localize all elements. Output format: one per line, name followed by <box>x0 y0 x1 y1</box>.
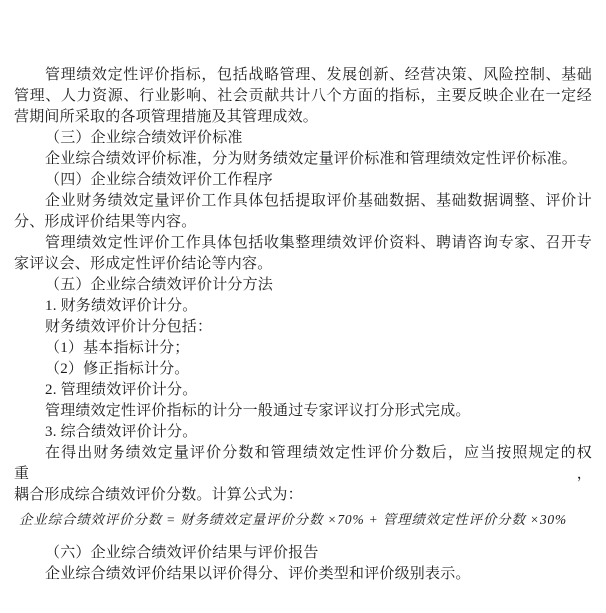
text-line: 营期间所采取的各项管理措施及其管理成效。 <box>14 107 592 128</box>
formula-line: 企业综合绩效评价分数 = 财务绩效定量评价分数 ×70% + 管理绩效定性评价分… <box>14 510 597 529</box>
text-line: 管理、人力资源、行业影响、社会贡献共计八个方面的指标，主要反映企业在一定经 <box>14 86 592 107</box>
section-heading: （三）企业综合绩效评价标准 <box>14 128 592 149</box>
text-line: 耦合形成综合绩效评价分数。计算公式为： <box>14 485 592 506</box>
list-item: 2. 管理绩效评价计分。 <box>14 380 592 401</box>
text-line: 分、形成评价结果等内容。 <box>14 212 592 233</box>
list-item: 1. 财务绩效评价计分。 <box>14 296 592 317</box>
section-heading: （五）企业综合绩效评价计分方法 <box>14 275 592 296</box>
text-line: 企业财务绩效定量评价工作具体包括提取评价基础数据、基础数据调整、评价计 <box>14 191 592 212</box>
list-item: （1）基本指标计分； <box>14 338 592 359</box>
list-item: 3. 综合绩效评价计分。 <box>14 422 592 443</box>
text-line: 在得出财务绩效定量评价分数和管理绩效定性评价分数后，应当按照规定的权重， <box>14 443 592 485</box>
text-line: 企业综合绩效评价结果以评价得分、评价类型和评价级别表示。 <box>14 564 592 585</box>
text-line: 企业综合绩效评价标准，分为财务绩效定量评价标准和管理绩效定性评价标准。 <box>14 149 592 170</box>
text-line: 家评议会、形成定性评价结论等内容。 <box>14 254 592 275</box>
text-line: 管理绩效定性评价指标的计分一般通过专家评议打分形式完成。 <box>14 401 592 422</box>
text-line: 管理绩效定性评价指标，包括战略管理、发展创新、经营决策、风险控制、基础 <box>14 65 592 86</box>
text-block: 管理绩效定性评价指标，包括战略管理、发展创新、经营决策、风险控制、基础 管理、人… <box>14 65 592 585</box>
text-line: 管理绩效定性评价工作具体包括收集整理绩效评价资料、聘请咨询专家、召开专 <box>14 233 592 254</box>
text-line: 财务绩效评价计分包括： <box>14 317 592 338</box>
section-heading: （六）企业综合绩效评价结果与评价报告 <box>14 543 592 564</box>
section-heading: （四）企业综合绩效评价工作程序 <box>14 170 592 191</box>
document-page: 管理绩效定性评价指标，包括战略管理、发展创新、经营决策、风险控制、基础 管理、人… <box>0 0 606 613</box>
list-item: （2）修正指标计分。 <box>14 359 592 380</box>
